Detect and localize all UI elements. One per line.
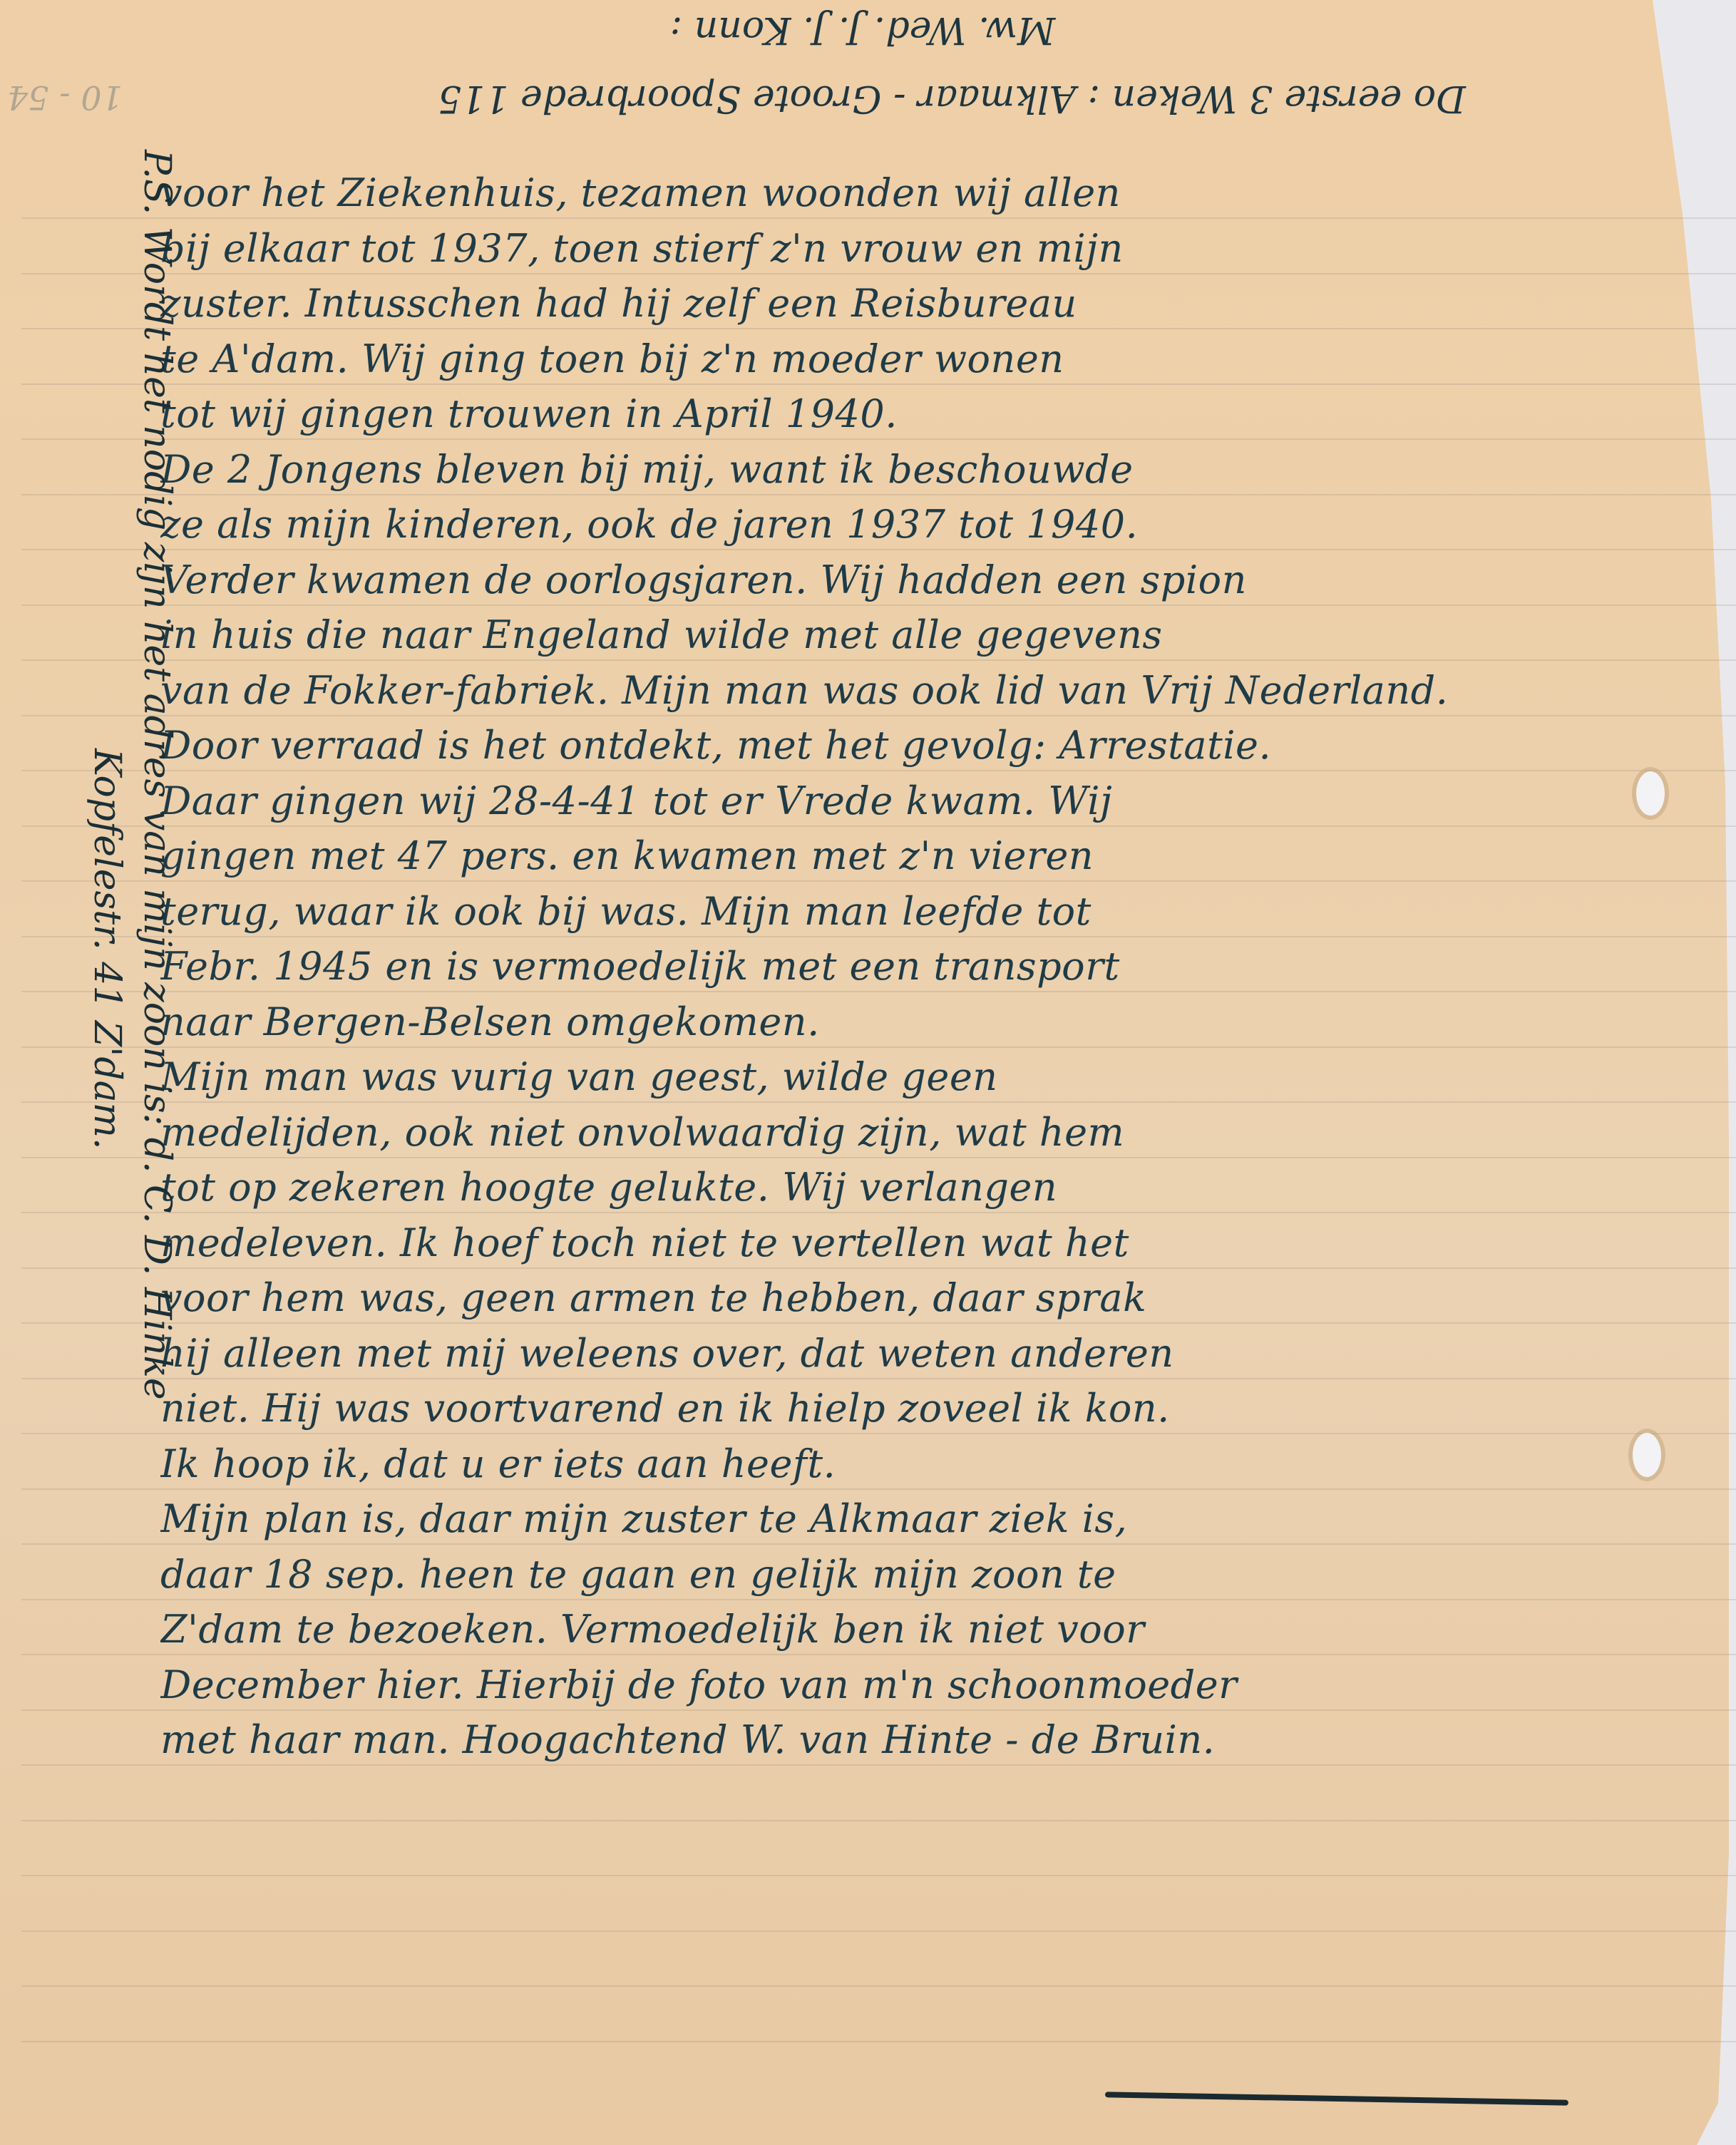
margin-postscript: P.S. Wordt het nodig zijn het adres van … bbox=[82, 150, 182, 1400]
header-faint-note: 10 - 54 bbox=[7, 78, 123, 117]
margin-postscript-line2: Kopfelestr. 41 Z'dam. bbox=[82, 150, 132, 1400]
body-line: Febr. 1945 en is vermoedelijk met een tr… bbox=[160, 939, 1707, 994]
body-line: in huis die naar Engeland wilde met alle… bbox=[160, 607, 1707, 663]
body-line: ze als mijn kinderen, ook de jaren 1937 … bbox=[160, 497, 1707, 552]
header-address: Do eerste 3 Weken : Alkmaar - Groote Spo… bbox=[257, 77, 1647, 120]
body-line: van de Fokker-fabriek. Mijn man was ook … bbox=[160, 663, 1707, 719]
body-line: hij alleen met mij weleens over, dat wet… bbox=[160, 1326, 1707, 1382]
body-line: bij elkaar tot 1937, toen stierf z'n vro… bbox=[160, 221, 1707, 277]
body-line: voor het Ziekenhuis, tezamen woonden wij… bbox=[160, 165, 1707, 221]
body-line: tot wij gingen trouwen in April 1940. bbox=[160, 386, 1707, 442]
body-line: Mijn man was vurig van geest, wilde geen bbox=[160, 1049, 1707, 1105]
margin-postscript-line1: P.S. Wordt het nodig zijn het adres van … bbox=[132, 150, 182, 1400]
body-line: te A'dam. Wij ging toen bij z'n moeder w… bbox=[160, 331, 1707, 387]
body-line: naar Bergen-Belsen omgekomen. bbox=[160, 994, 1707, 1050]
body-line: niet. Hij was voortvarend en ik hielp zo… bbox=[160, 1381, 1707, 1436]
body-line: daar 18 sep. heen te gaan en gelijk mijn… bbox=[160, 1547, 1707, 1603]
body-line: Verder kwamen de oorlogsjaren. Wij hadde… bbox=[160, 552, 1707, 608]
body-line: gingen met 47 pers. en kwamen met z'n vi… bbox=[160, 828, 1707, 884]
body-line: Z'dam te bezoeken. Vermoedelijk ben ik n… bbox=[160, 1602, 1707, 1657]
body-line: Door verraad is het ontdekt, met het gev… bbox=[160, 718, 1707, 773]
body-line: Daar gingen wij 28-4-41 tot er Vrede kwa… bbox=[160, 773, 1707, 829]
body-line-closing-signature: met haar man. Hoogachtend W. van Hinte -… bbox=[160, 1712, 1707, 1768]
body-line: terug, waar ik ook bij was. Mijn man lee… bbox=[160, 884, 1707, 940]
letter-body: voor het Ziekenhuis, tezamen woonden wij… bbox=[160, 165, 1707, 1768]
body-line: De 2 Jongens bleven bij mij, want ik bes… bbox=[160, 442, 1707, 498]
body-line: December hier. Hierbij de foto van m'n s… bbox=[160, 1657, 1707, 1713]
body-line: Ik hoop ik, dat u er iets aan heeft. bbox=[160, 1436, 1707, 1492]
body-line: tot op zekeren hoogte gelukte. Wij verla… bbox=[160, 1160, 1707, 1215]
body-line: zuster. Intusschen had hij zelf een Reis… bbox=[160, 276, 1707, 331]
body-line: voor hem was, geen armen te hebben, daar… bbox=[160, 1270, 1707, 1326]
body-line: Mijn plan is, daar mijn zuster te Alkmaa… bbox=[160, 1491, 1707, 1547]
header-addressee: Mw. Wed. J. J. Konn : bbox=[585, 9, 1141, 51]
body-line: medelijden, ook niet onvolwaardig zijn, … bbox=[160, 1105, 1707, 1161]
body-line: medeleven. Ik hoef toch niet te vertelle… bbox=[160, 1215, 1707, 1271]
